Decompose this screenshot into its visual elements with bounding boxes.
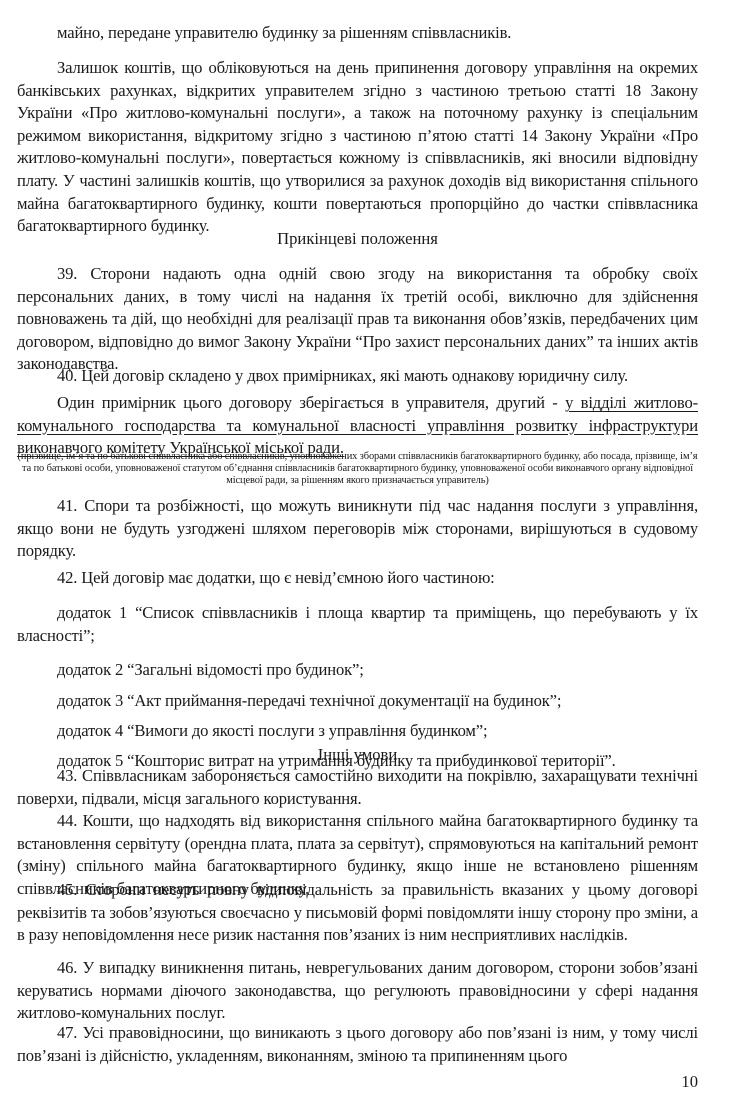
clause-46: 46. У випадку виникнення питань, неврегу… — [17, 957, 698, 1025]
paragraph-funds-balance: Залишок коштів, що обліковуються на день… — [17, 57, 698, 238]
paragraph-property-transfer-end: майно, передане управителю будинку за рі… — [17, 22, 698, 45]
clause-41: 41. Спори та розбіжності, що можуть вини… — [17, 495, 698, 563]
clause-40-copies: Один примірник цього договору зберігаєть… — [17, 392, 698, 460]
clause-40: 40. Цей договір складено у двох примірни… — [17, 365, 698, 388]
clause-42: 42. Цей договір має додатки, що є невід’… — [17, 567, 698, 590]
annex-4: додаток 4 “Вимоги до якості послуги з уп… — [17, 720, 698, 743]
annex-3: додаток 3 “Акт приймання-передачі техніч… — [17, 690, 698, 713]
section-heading-other-terms: Інші умови — [17, 744, 698, 766]
clause-39: 39. Сторони надають одна одній свою згод… — [17, 263, 698, 376]
annex-1: додаток 1 “Список співвласників і площа … — [17, 602, 698, 647]
clause-43: 43. Співвласникам забороняється самостій… — [17, 765, 698, 810]
recipient-footnote: (прізвище, ім’я та по батькові співвласн… — [17, 451, 698, 488]
clause-47: 47. Усі правовідносини, що виникають з ц… — [17, 1022, 698, 1067]
section-heading-final-provisions: Прикінцеві положення — [17, 228, 698, 250]
copies-text: Один примірник цього договору зберігаєть… — [57, 393, 565, 412]
clause-45: 45. Сторони несуть повну відповідальніст… — [17, 879, 698, 947]
annex-2: додаток 2 “Загальні відомості про будино… — [17, 659, 698, 682]
page-number: 10 — [681, 1072, 698, 1092]
